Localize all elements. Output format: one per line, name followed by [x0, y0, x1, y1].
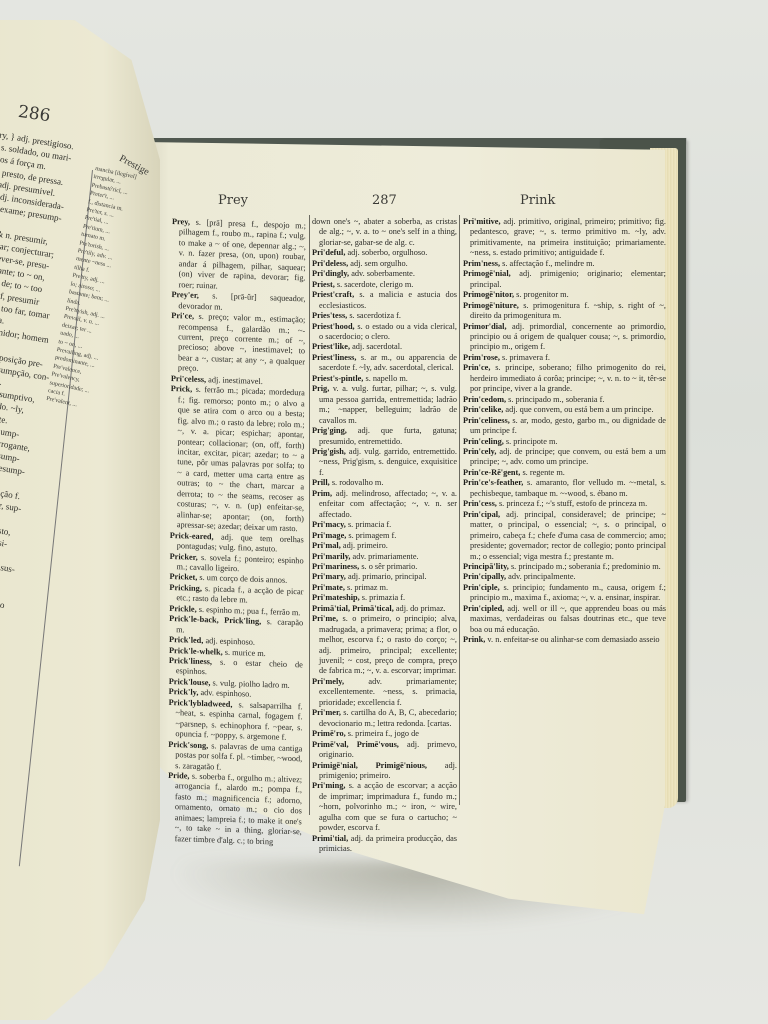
- dictionary-entry: Prill, s. rodovalho m.: [312, 478, 457, 488]
- entry-definition: s. primavera f.: [500, 353, 550, 362]
- dictionary-entry: Primogē'nial, adj. primigenio; originari…: [463, 269, 666, 290]
- dictionary-entry: Prin'cipal, adj. principal, consideravel…: [463, 510, 666, 562]
- dictionary-entry: Principā'lity, s. principado m.; soberan…: [463, 562, 666, 572]
- entry-definition: s. [prā] presa f., despojo m.; pilhagem …: [178, 218, 305, 291]
- dictionary-entry: Priest'liness, s. ar m., ou apparencia d…: [312, 353, 457, 374]
- entry-headword: Pri'mitive,: [463, 217, 501, 226]
- dictionary-entry: Primogē'nitor, s. progenitor m.: [463, 290, 666, 300]
- dictionary-entry: Prim'ness, s. affectação f., melindre m.: [463, 259, 666, 269]
- dictionary-entry: Prick'lybladweed, s. salsaparrilha f. ~h…: [168, 698, 302, 744]
- entry-definition: adj. de principe; que convem, ou está be…: [470, 447, 666, 466]
- entry-definition: s. affectação f., melindre m.: [500, 259, 595, 268]
- dictionary-entry: Pri'mary, adj. primario, principal.: [312, 572, 457, 582]
- dictionary-entry: Prin'cedom, s. principado m., soberania …: [463, 395, 666, 405]
- entry-definition: s. principote m.: [504, 437, 558, 446]
- entry-headword: Prin'cely,: [463, 447, 496, 456]
- entry-headword: Pri'mate,: [312, 583, 345, 592]
- entry-headword: Prey'er,: [171, 290, 198, 300]
- entry-headword: Prick,: [171, 384, 192, 394]
- photo-scene: Prey 287 Prink Prey, s. [prā] presa f., …: [0, 0, 768, 1024]
- dictionary-column-2: down one's ~, abater a soberba, as crist…: [312, 217, 457, 855]
- dictionary-entry: Prig'gish, adj. vulg. garrido, entremett…: [312, 447, 457, 478]
- entry-definition: s. o sêr primario.: [359, 562, 417, 571]
- entry-headword: Prim'rose,: [463, 353, 500, 362]
- entry-headword: Prick'liness,: [169, 656, 212, 666]
- entry-definition: s. sacerdotiza f.: [347, 311, 401, 320]
- entry-headword: Prin'cess,: [463, 499, 497, 508]
- entry-headword: Primor'dial,: [463, 322, 507, 331]
- entry-headword: Priest'hood,: [312, 322, 355, 331]
- entry-headword: Priest's-pintle,: [312, 374, 363, 383]
- dictionary-entry: Pri'ce, s. preço; valor m., estimação; r…: [171, 311, 305, 378]
- entry-headword: Prin'cipally,: [463, 572, 506, 581]
- entry-headword: Prin'celiness,: [463, 416, 510, 425]
- entry-headword: Prin'cipled,: [463, 604, 504, 613]
- entry-definition: s. preço; valor m., estimação; recompens…: [178, 312, 305, 373]
- dictionary-entry: Prim'rose, s. primavera f.: [463, 353, 666, 363]
- dictionary-entry: Prin'cess, s. princeza f.; ~'s stuff, es…: [463, 499, 666, 509]
- dictionary-column-3: Pri'mitive, adj. primitivo, original, pr…: [463, 217, 666, 646]
- entry-headword: Pri'ming,: [312, 781, 345, 790]
- dictionary-entry: Prin'ciple, s. principio; fundamento m.,…: [463, 583, 666, 604]
- entry-definition: s. primazia f.: [360, 593, 405, 602]
- dictionary-entry: Pri'mer, s. cartilha do A, B, C, abeceda…: [312, 708, 457, 729]
- dictionary-entry: Pri'mariness, s. o sêr primario.: [312, 562, 457, 572]
- dictionary-entry: Priest'craft, s. a malicia e astucia dos…: [312, 290, 457, 311]
- dictionary-entry: Priest'hood, s. o estado ou a vida cleri…: [312, 322, 457, 343]
- left-page-number: 286: [17, 102, 52, 126]
- entry-definition: s. principe, soberano; filho primogenito…: [470, 363, 666, 393]
- entry-headword: Prig,: [312, 384, 329, 393]
- entry-definition: adj. soberbo, orgulhoso.: [345, 248, 427, 257]
- entry-headword: Prink,: [463, 635, 485, 644]
- entry-definition: down one's ~, abater a soberba, as crist…: [312, 217, 457, 247]
- entry-headword: Primā'tial, Primā'tical,: [312, 604, 394, 613]
- entry-definition: s. primeira f., jogo de: [346, 729, 419, 738]
- dictionary-entry: Pries'tess, s. sacerdotiza f.: [312, 311, 457, 321]
- dictionary-entry: Prin'cipally, adv. principalmente.: [463, 572, 666, 582]
- entry-headword: Pricker,: [170, 551, 198, 561]
- entry-definition: adj. sacerdotal.: [350, 342, 402, 351]
- dictionary-column-1: Prey, s. [prā] presa f., despojo m.; pil…: [168, 217, 306, 849]
- entry-headword: Prey,: [172, 217, 190, 227]
- entry-headword: Primē'val, Primē'vous,: [312, 740, 399, 749]
- dictionary-entry: Pri'deful, adj. soberbo, orgulhoso.: [312, 248, 457, 258]
- entry-definition: s. ferrão m.; picada; mordedura f.; fig.…: [177, 385, 305, 533]
- dictionary-entry: Prin'cipled, adj. well or ill ~, que app…: [463, 604, 666, 635]
- entry-definition: adj. inestimavel.: [206, 375, 263, 386]
- entry-headword: Prill,: [312, 478, 330, 487]
- entry-definition: adj. que convem, ou está bem a um princi…: [503, 405, 653, 414]
- dictionary-entry: Prin'celike, adj. que convem, ou está be…: [463, 405, 666, 415]
- dictionary-entry: Pri'mage, s. primagem f.: [312, 531, 457, 541]
- dictionary-entry: Prin'ce-Rē'gent, s. regente m.: [463, 468, 666, 478]
- dictionary-entry: Prig, v. a. vulg. furtar, pilhar; ~, s. …: [312, 384, 457, 426]
- entry-headword: Prick'louse,: [169, 677, 211, 687]
- entry-headword: Primigē'nial, Primigē'nious,: [312, 761, 427, 770]
- entry-definition: s. rodovalho m.: [330, 478, 384, 487]
- entry-definition: s. principado m.; soberania f.; predomin…: [509, 562, 661, 571]
- entry-headword: Pri'me,: [312, 614, 338, 623]
- entry-definition: adj. sem orgulho.: [348, 259, 408, 268]
- entry-headword: Pri'mateship,: [312, 593, 360, 602]
- entry-definition: s. murice m.: [223, 647, 266, 657]
- entry-definition: s. primagem f.: [346, 531, 396, 540]
- entry-definition: adj. primario, principal.: [346, 572, 427, 581]
- entry-definition: adj. principal, consideravel; de princip…: [470, 510, 666, 561]
- entry-definition: s. napello m.: [363, 374, 407, 383]
- entry-headword: Pri'deless,: [312, 259, 348, 268]
- dictionary-entry: Pri'mal, adj. primeiro.: [312, 541, 457, 551]
- dictionary-entry: Primi'tial, adj. da primeira producção, …: [312, 834, 457, 855]
- entry-definition: adj. melindroso, affectado; ~, v. a. enf…: [319, 489, 457, 519]
- entry-headword: Primi'tial,: [312, 834, 348, 843]
- column-divider: [459, 215, 460, 805]
- dictionary-entry: Prin'ce's-feather, s. amaranto, flor vel…: [463, 478, 666, 499]
- entry-definition: s. progenitor m.: [514, 290, 569, 299]
- entry-headword: Prin'celing,: [463, 437, 504, 446]
- entry-headword: Pricking,: [169, 583, 202, 593]
- entry-headword: Pride,: [168, 771, 189, 781]
- dictionary-entry: Prig'ging, adj. que furta, gatuna; presu…: [312, 426, 457, 447]
- entry-headword: Pri'macy,: [312, 520, 346, 529]
- entry-definition: s. princeza f.; ~'s stuff, estofo de pri…: [497, 499, 647, 508]
- entry-definition: s. primaz m.: [345, 583, 388, 592]
- entry-headword: Prin'ce's-feather,: [463, 478, 523, 487]
- entry-definition: adj. do primaz.: [394, 604, 446, 613]
- dictionary-entry: Prim, adj. melindroso, affectado; ~, v. …: [312, 489, 457, 520]
- entry-headword: Priest'liness,: [312, 353, 356, 362]
- entry-headword: Prick'led,: [169, 635, 203, 645]
- dictionary-entry: Prin'celiness, s. ar, modo, gesto, garbo…: [463, 416, 666, 437]
- entry-headword: Pri'mely,: [312, 677, 344, 686]
- dictionary-entry: Pri'mitive, adj. primitivo, original, pr…: [463, 217, 666, 259]
- entry-definition: s. sacerdote, clerigo m.: [335, 280, 414, 289]
- dictionary-entry: Prin'celing, s. principote m.: [463, 437, 666, 447]
- entry-definition: s. principio; fundamento m., causa, orig…: [470, 583, 666, 602]
- entry-headword: Pricket,: [169, 572, 197, 582]
- entry-headword: Pri'celess,: [171, 374, 206, 384]
- entry-headword: Prin'celike,: [463, 405, 503, 414]
- right-page-header-right: Prink: [520, 193, 555, 208]
- entry-headword: Prick'ly,: [169, 687, 199, 697]
- dictionary-entry: Pri'ming, s. a acção de escorvar; a acçã…: [312, 781, 457, 833]
- dictionary-entry: Primogē'niture, s. primogenitura f. ~shi…: [463, 301, 666, 322]
- entry-headword: Pries'tess,: [312, 311, 347, 320]
- entry-definition: adv. primariamente.: [350, 552, 418, 561]
- dictionary-entry: Prick'song, s. palavras de uma cantiga p…: [168, 740, 302, 776]
- dictionary-entry: Pri'mely, adv. primariamente; excellente…: [312, 677, 457, 708]
- dictionary-entry: Pri'marily, adv. primariamente.: [312, 552, 457, 562]
- entry-headword: Pri'marily,: [312, 552, 350, 561]
- dictionary-entry: Prin'ce, s. principe, soberano; filho pr…: [463, 363, 666, 394]
- entry-headword: Pri'mal,: [312, 541, 341, 550]
- entry-headword: Prick'lybladweed,: [169, 698, 233, 709]
- entry-definition: v. n. enfeitar-se ou alinhar-se com dema…: [485, 635, 659, 644]
- entry-headword: Pri'mer,: [312, 708, 341, 717]
- entry-definition: adv. principalmente.: [506, 572, 576, 581]
- entry-definition: adv. soberbamente.: [349, 269, 415, 278]
- entry-headword: Priest,: [312, 280, 335, 289]
- dictionary-entry: Prick, s. ferrão m.; picada; mordedura f…: [170, 384, 305, 535]
- dictionary-entry: Pri'deless, adj. sem orgulho.: [312, 259, 457, 269]
- entry-headword: Prin'ce-Rē'gent,: [463, 468, 520, 477]
- dictionary-entry: Prink, v. n. enfeitar-se ou alinhar-se c…: [463, 635, 666, 645]
- entry-definition: s. soberba f., orgulho m.; altivez; arro…: [175, 772, 302, 846]
- entry-headword: Prick'le-whelk,: [169, 645, 223, 656]
- entry-headword: Pri'dingly,: [312, 269, 349, 278]
- dictionary-entry: Pride, s. soberba f., orgulho m.; altive…: [168, 771, 303, 849]
- entry-headword: Prin'cipal,: [463, 510, 500, 519]
- entry-headword: Pri'mariness,: [312, 562, 359, 571]
- entry-headword: Prig'ging,: [312, 426, 347, 435]
- entry-definition: s. principado m., soberania f.: [506, 395, 604, 404]
- entry-headword: Pri'ce,: [171, 311, 194, 321]
- entry-definition: s. regente m.: [520, 468, 564, 477]
- dictionary-entry: Pri'dingly, adv. soberbamente.: [312, 269, 457, 279]
- dictionary-entry: Pri'macy, s. primacia f.: [312, 520, 457, 530]
- entry-headword: Prim,: [312, 489, 332, 498]
- entry-headword: Primē'ro,: [312, 729, 346, 738]
- entry-definition: adj. primeiro.: [341, 541, 388, 550]
- entry-definition: s. o primeiro, o principio; alva, madrug…: [319, 614, 457, 675]
- entry-headword: Prim'ness,: [463, 259, 500, 268]
- entry-definition: adj. espinhoso.: [203, 636, 255, 647]
- right-page-header-left: Prey: [218, 193, 248, 208]
- entry-headword: Priest'craft,: [312, 290, 354, 299]
- entry-headword: Prig'gish,: [312, 447, 346, 456]
- entry-definition: v. a. vulg. furtar, pilhar; ~, s. vulg. …: [319, 384, 457, 424]
- dictionary-entry: Pri'mate, s. primaz m.: [312, 583, 457, 593]
- entry-headword: Prick-eared,: [170, 531, 214, 541]
- entry-headword: Pri'mage,: [312, 531, 346, 540]
- dictionary-entry: Priest, s. sacerdote, clerigo m.: [312, 280, 457, 290]
- entry-headword: Primogē'nial,: [463, 269, 511, 278]
- right-page-number: 287: [372, 193, 397, 208]
- entry-headword: Priest'like,: [312, 342, 350, 351]
- dictionary-entry: Priest's-pintle, s. napello m.: [312, 374, 457, 384]
- dictionary-entry: Primē'ro, s. primeira f., jogo de: [312, 729, 457, 739]
- dictionary-entry: Primē'val, Primē'vous, adj. primevo, ori…: [312, 740, 457, 761]
- dictionary-entry: Prey, s. [prā] presa f., despojo m.; pil…: [171, 217, 306, 295]
- entry-headword: Pri'deful,: [312, 248, 345, 257]
- entry-headword: Principā'lity,: [463, 562, 509, 571]
- dictionary-entry: Primor'dial, adj. primordial, concernent…: [463, 322, 666, 353]
- entry-headword: Pri'mary,: [312, 572, 346, 581]
- entry-definition: adv. espinhoso.: [198, 688, 251, 699]
- entry-definition: s. primacia f.: [346, 520, 391, 529]
- dictionary-entry: Pri'mateship, s. primazia f.: [312, 593, 457, 603]
- dictionary-entry: Primā'tial, Primā'tical, adj. do primaz.: [312, 604, 457, 614]
- column-divider: [309, 215, 310, 815]
- dictionary-entry: Pri'me, s. o primeiro, o principio; alva…: [312, 614, 457, 677]
- entry-headword: Prin'cedom,: [463, 395, 506, 404]
- entry-headword: Prickle,: [169, 604, 196, 614]
- entry-headword: Prin'ce,: [463, 363, 490, 372]
- dictionary-entry: down one's ~, abater a soberba, as crist…: [312, 217, 457, 248]
- entry-headword: Prin'ciple,: [463, 583, 500, 592]
- entry-headword: Primogē'nitor,: [463, 290, 514, 299]
- dictionary-entry: Primigē'nial, Primigē'nious, adj. primig…: [312, 761, 457, 782]
- dictionary-entry: Prin'cely, adj. de principe; que convem,…: [463, 447, 666, 468]
- entry-headword: Primogē'niture,: [463, 301, 519, 310]
- dictionary-entry: Priest'like, adj. sacerdotal.: [312, 342, 457, 352]
- entry-headword: Prick'song,: [168, 740, 208, 750]
